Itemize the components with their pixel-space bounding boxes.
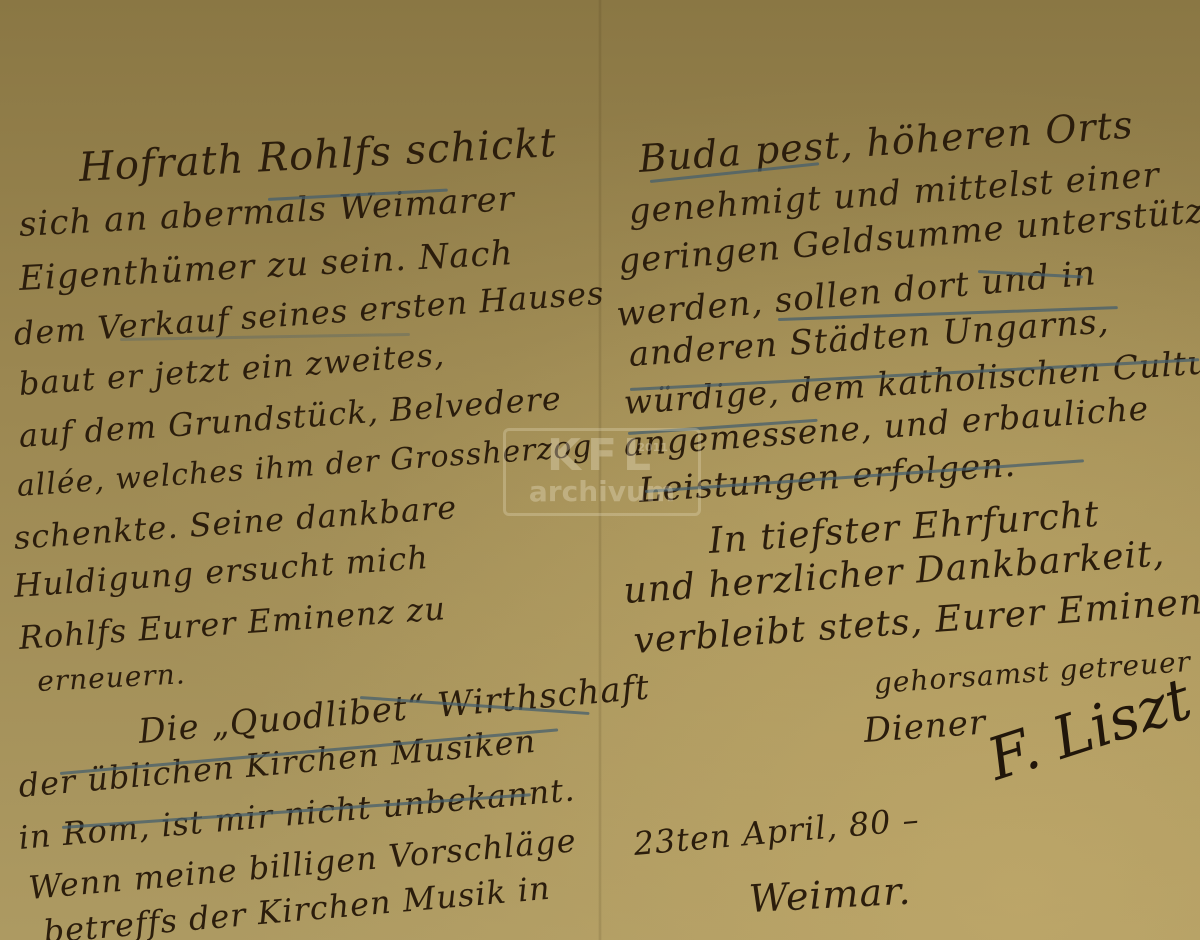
letter-line: Diener: [863, 706, 988, 748]
archive-watermark: KFL 2011 archivum: [503, 428, 701, 516]
letter-date: 23ten April, 80 –: [632, 803, 921, 860]
letter-place: Weimar.: [748, 872, 912, 918]
watermark-year: 2011: [637, 441, 668, 454]
letter-scan: Hofrath Rohlfs schickt sich an abermals …: [0, 0, 1200, 940]
watermark-logo: KFL: [506, 433, 698, 479]
letter-line: Hofrath Rohlfs schickt: [78, 123, 558, 188]
letter-line: Rohlfs Eurer Eminenz zu: [18, 592, 447, 654]
watermark-text: archivum: [506, 479, 698, 505]
letter-line: erneuern.: [37, 660, 187, 696]
